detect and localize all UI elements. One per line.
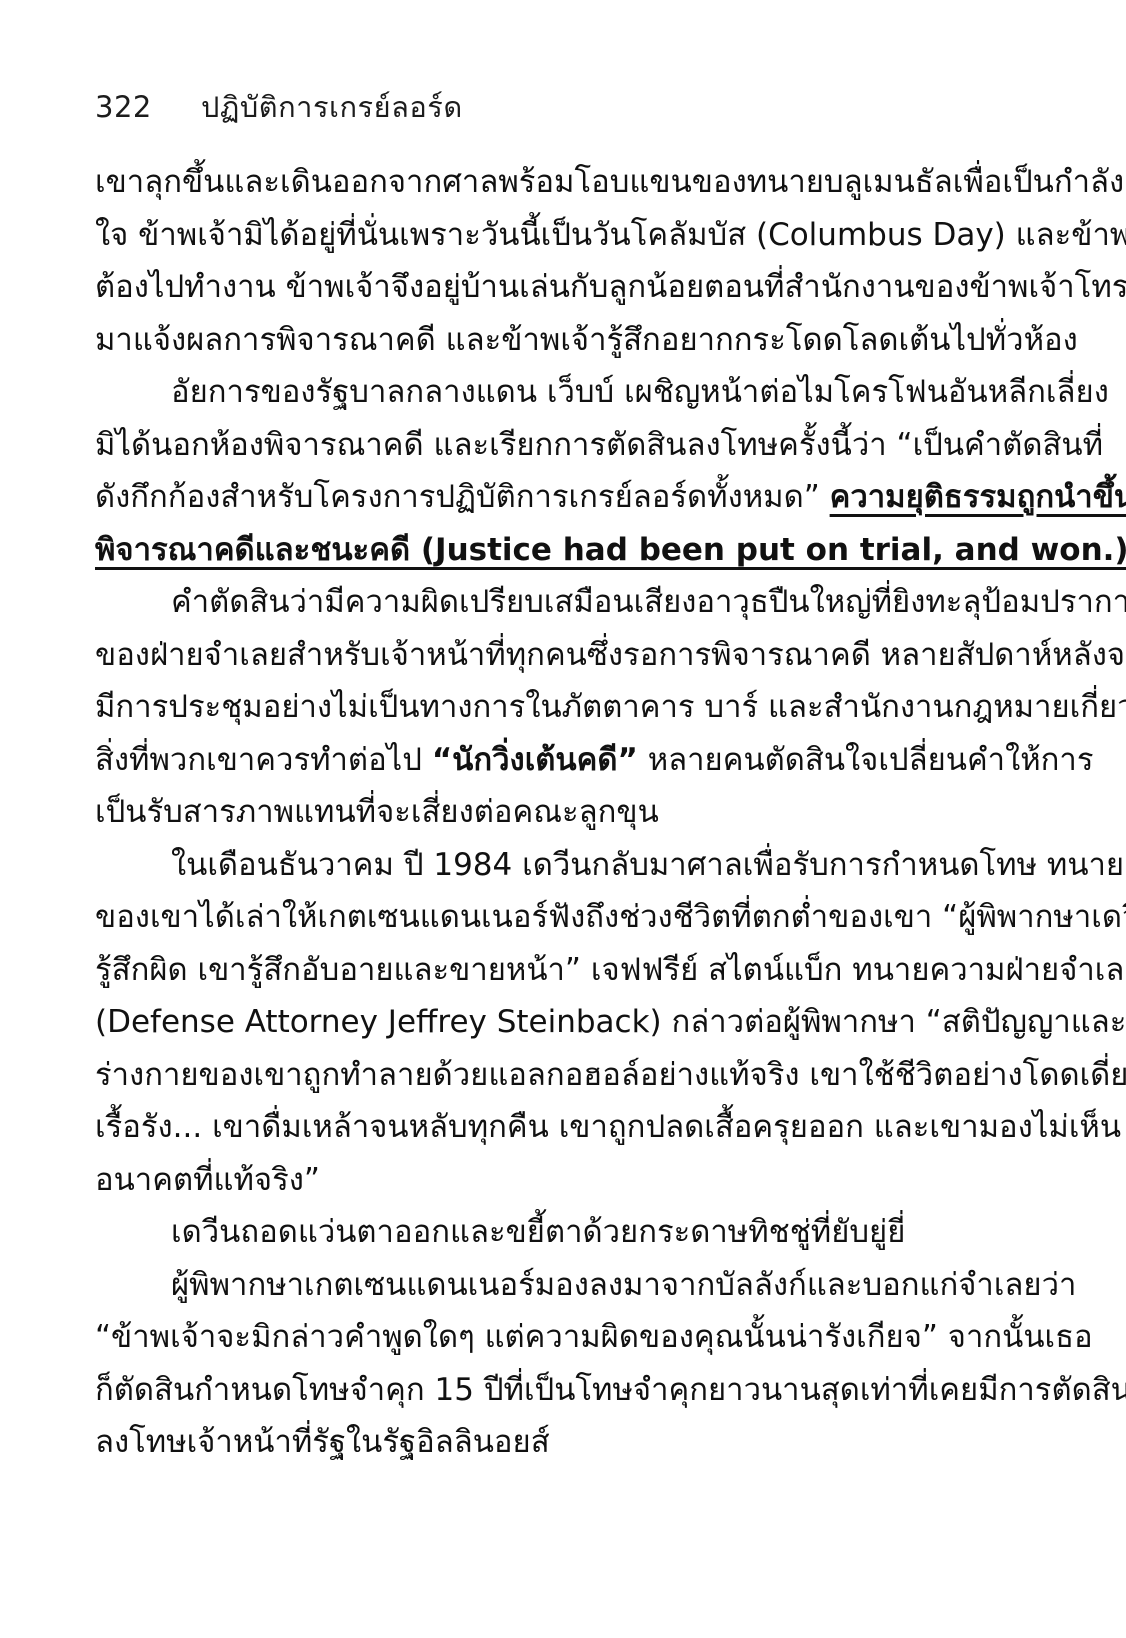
text-line: รู้สึกผิด เขารู้สึกอับอายและขายหน้า” เจฟ… [95, 944, 973, 997]
text-line: มีการประชุมอย่างไม่เป็นทางการในภัตตาคาร … [95, 681, 973, 734]
text-run: เขาลุกขึ้นและเดินออกจากศาลพร้อมโอบแขนของ… [95, 164, 1124, 200]
text-line: “ข้าพเจ้าจะมิกล่าวคำพูดใดๆ แต่ความผิดของ… [95, 1311, 973, 1364]
text-line: สิ่งที่พวกเขาควรทำต่อไป “นักวิ่งเต้นคดี”… [95, 734, 973, 787]
text-line: มาแจ้งผลการพิจารณาคดี และข้าพเจ้ารู้สึกอ… [95, 314, 973, 367]
text-run: มิได้นอกห้องพิจารณาคดี และเรียกการตัดสิน… [95, 427, 1103, 463]
paragraph: เดวีนถอดแว่นตาออกและขยี้ตาด้วยกระดาษทิชช… [95, 1206, 973, 1259]
text-run: เป็นรับสารภาพแทนที่จะเสี่ยงต่อคณะลูกขุน [95, 794, 659, 830]
text-run: มาแจ้งผลการพิจารณาคดี และข้าพเจ้ารู้สึกอ… [95, 322, 1078, 358]
text-run: “นักวิ่งเต้นคดี” [432, 742, 638, 778]
book-page: 322 ปฏิบัติการเกรย์ลอร์ด เขาลุกขึ้นและเด… [0, 0, 1126, 1638]
text-run: หลายคนตัดสินใจเปลี่ยนคำให้การ [638, 742, 1094, 778]
body-text: เขาลุกขึ้นและเดินออกจากศาลพร้อมโอบแขนของ… [95, 156, 973, 1469]
paragraph: ในเดือนธันวาคม ปี 1984 เดวีนกลับมาศาลเพื… [95, 839, 973, 1207]
text-line: เรื้อรัง... เขาดื่มเหล้าจนหลับทุกคืน เขา… [95, 1101, 973, 1154]
text-line: (Defense Attorney Jeffrey Steinback) กล่… [95, 996, 973, 1049]
text-run: ความยุติธรรมถูกนำขึ้น [830, 479, 1126, 515]
text-run: ดังกึกก้องสำหรับโครงการปฏิบัติการเกรย์ลอ… [95, 479, 830, 515]
text-run: เดวีนถอดแว่นตาออกและขยี้ตาด้วยกระดาษทิชช… [171, 1214, 905, 1250]
page-header: 322 ปฏิบัติการเกรย์ลอร์ด [95, 84, 1041, 130]
text-line: ใจ ข้าพเจ้ามิได้อยู่ที่นั่นเพราะวันนี้เป… [95, 209, 973, 262]
text-run: มีการประชุมอย่างไม่เป็นทางการในภัตตาคาร … [95, 689, 1126, 725]
text-line: คำตัดสินว่ามีความผิดเปรียบเสมือนเสียงอาว… [95, 576, 973, 629]
text-run: ของฝ่ายจำเลยสำหรับเจ้าหน้าที่ทุกคนซึ่งรอ… [95, 637, 1126, 673]
text-run: เรื้อรัง... เขาดื่มเหล้าจนหลับทุกคืน เขา… [95, 1109, 1121, 1145]
text-run: พิจารณาคดีและชนะคดี (Justice had been pu… [95, 532, 1126, 568]
text-run: รู้สึกผิด เขารู้สึกอับอายและขายหน้า” เจฟ… [95, 952, 1126, 988]
text-line: ต้องไปทำงาน ข้าพเจ้าจึงอยู่บ้านเล่นกับลู… [95, 261, 973, 314]
text-line: พิจารณาคดีและชนะคดี (Justice had been pu… [95, 524, 973, 577]
text-run: ก็ตัดสินกำหนดโทษจำคุก 15 ปีที่เป็นโทษจำค… [95, 1372, 1126, 1408]
text-run: คำตัดสินว่ามีความผิดเปรียบเสมือนเสียงอาว… [171, 584, 1126, 620]
text-line: อนาคตที่แท้จริง” [95, 1154, 973, 1207]
text-run: อนาคตที่แท้จริง” [95, 1162, 320, 1198]
text-run: อัยการของรัฐบาลกลางแดน เว็บบ์ เผชิญหน้าต… [171, 374, 1109, 410]
text-run: ใจ ข้าพเจ้ามิได้อยู่ที่นั่นเพราะวันนี้เป… [95, 217, 1126, 253]
text-run: ร่างกายของเขาถูกทำลายด้วยแอลกอฮอล์อย่างแ… [95, 1057, 1126, 1093]
paragraph: เขาลุกขึ้นและเดินออกจากศาลพร้อมโอบแขนของ… [95, 156, 973, 366]
text-line: อัยการของรัฐบาลกลางแดน เว็บบ์ เผชิญหน้าต… [95, 366, 973, 419]
text-line: เดวีนถอดแว่นตาออกและขยี้ตาด้วยกระดาษทิชช… [95, 1206, 973, 1259]
text-run: ในเดือนธันวาคม ปี 1984 เดวีนกลับมาศาลเพื… [171, 847, 1126, 883]
text-run: ผู้พิพากษาเกตเซนแดนเนอร์มองลงมาจากบัลลัง… [171, 1267, 1076, 1303]
text-line: ในเดือนธันวาคม ปี 1984 เดวีนกลับมาศาลเพื… [95, 839, 973, 892]
text-run: (Defense Attorney Jeffrey Steinback) กล่… [95, 1004, 1126, 1040]
paragraph: อัยการของรัฐบาลกลางแดน เว็บบ์ เผชิญหน้าต… [95, 366, 973, 576]
text-line: เป็นรับสารภาพแทนที่จะเสี่ยงต่อคณะลูกขุน [95, 786, 973, 839]
text-run: ลงโทษเจ้าหน้าที่รัฐในรัฐอิลลินอยส์ [95, 1424, 550, 1460]
running-title: ปฏิบัติการเกรย์ลอร์ด [201, 84, 463, 130]
text-run: ของเขาได้เล่าให้เกตเซนแดนเนอร์ฟังถึงช่วง… [95, 899, 1126, 935]
text-line: ของเขาได้เล่าให้เกตเซนแดนเนอร์ฟังถึงช่วง… [95, 891, 973, 944]
text-line: ร่างกายของเขาถูกทำลายด้วยแอลกอฮอล์อย่างแ… [95, 1049, 973, 1102]
text-line: ลงโทษเจ้าหน้าที่รัฐในรัฐอิลลินอยส์ [95, 1416, 973, 1469]
paragraph: ผู้พิพากษาเกตเซนแดนเนอร์มองลงมาจากบัลลัง… [95, 1259, 973, 1469]
text-line: เขาลุกขึ้นและเดินออกจากศาลพร้อมโอบแขนของ… [95, 156, 973, 209]
text-line: ก็ตัดสินกำหนดโทษจำคุก 15 ปีที่เป็นโทษจำค… [95, 1364, 973, 1417]
text-run: ต้องไปทำงาน ข้าพเจ้าจึงอยู่บ้านเล่นกับลู… [95, 269, 1126, 305]
text-line: มิได้นอกห้องพิจารณาคดี และเรียกการตัดสิน… [95, 419, 973, 472]
text-line: ผู้พิพากษาเกตเซนแดนเนอร์มองลงมาจากบัลลัง… [95, 1259, 973, 1312]
text-line: ดังกึกก้องสำหรับโครงการปฏิบัติการเกรย์ลอ… [95, 471, 973, 524]
text-run: สิ่งที่พวกเขาควรทำต่อไป [95, 742, 432, 778]
page-number: 322 [95, 90, 159, 124]
text-line: ของฝ่ายจำเลยสำหรับเจ้าหน้าที่ทุกคนซึ่งรอ… [95, 629, 973, 682]
paragraph: คำตัดสินว่ามีความผิดเปรียบเสมือนเสียงอาว… [95, 576, 973, 839]
text-run: “ข้าพเจ้าจะมิกล่าวคำพูดใดๆ แต่ความผิดของ… [95, 1319, 1093, 1355]
